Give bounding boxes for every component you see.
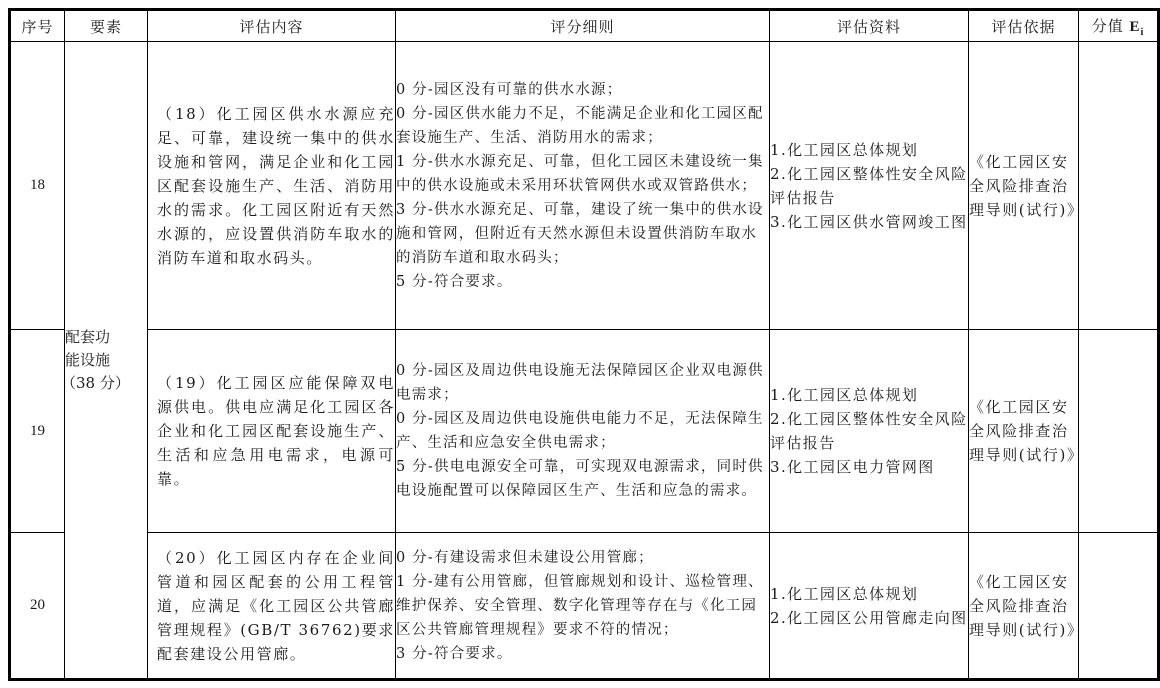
content-text: （20）化工园区内存在企业间管道和园区配套的公用工程管道，应满足《化工园区公共管… xyxy=(148,546,395,666)
row-basis: 《化工园区安全风险排查治理导则(试行)》 xyxy=(969,533,1079,680)
row-basis: 《化工园区安全风险排查治理导则(试行)》 xyxy=(969,330,1079,533)
material-item: 1.化工园区总体规划 xyxy=(770,383,968,407)
table-row: 19 （19）化工园区应能保障双电源供电。供电应满足化工园区各企业和化工园区配套… xyxy=(10,330,1159,533)
risk-assessment-table: 序号 要素 评估内容 评分细则 评估资料 评估依据 分值 Ei 18 配套功 能… xyxy=(8,8,1160,681)
row-rules: 0 分-园区及周边供电设施无法保障园区企业双电源供电需求； 0 分-园区及周边供… xyxy=(396,330,770,533)
rule-item: 5 分-符合要求。 xyxy=(396,270,769,294)
element-line: （38 分） xyxy=(61,372,147,395)
rule-item: 0 分-园区及周边供电设施供电能力不足，无法保障生产、生活和应急安全供电需求； xyxy=(396,407,769,455)
row-score xyxy=(1079,330,1159,533)
row-rules: 0 分-有建设需求但未建设公用管廊； 1 分-建有公用管廊，但管廊规划和设计、巡… xyxy=(396,533,770,680)
row-basis: 《化工园区安全风险排查治理导则(试行)》 xyxy=(969,42,1079,330)
row-materials: 1.化工园区总体规划 2.化工园区整体性安全风险评估报告 3.化工园区供水管网竣… xyxy=(770,42,969,330)
header-content: 评估内容 xyxy=(148,10,396,42)
header-score-prefix: 分值 xyxy=(1092,17,1130,35)
rule-item: 3 分-供水水源充足、可靠，建设了统一集中的供水设施和管网，但附近有天然水源但未… xyxy=(396,198,769,270)
header-score: 分值 Ei xyxy=(1079,10,1159,42)
rule-item: 0 分-园区及周边供电设施无法保障园区企业双电源供电需求； xyxy=(396,359,769,407)
rule-item: 0 分-园区没有可靠的供水水源； xyxy=(396,78,769,102)
material-item: 1.化工园区总体规划 xyxy=(770,138,968,162)
rule-item: 3 分-符合要求。 xyxy=(396,642,769,666)
header-seq: 序号 xyxy=(10,10,65,42)
material-item: 1.化工园区总体规划 xyxy=(770,582,968,606)
score-symbol-letter: E xyxy=(1129,19,1140,35)
row-seq: 18 xyxy=(10,42,65,330)
row-materials: 1.化工园区总体规划 2.化工园区公用管廊走向图 xyxy=(770,533,969,680)
header-rules: 评分细则 xyxy=(396,10,770,42)
row-content: （19）化工园区应能保障双电源供电。供电应满足化工园区各企业和化工园区配套设施生… xyxy=(148,330,396,533)
header-score-symbol: Ei xyxy=(1129,19,1144,35)
rule-item: 1 分-建有公用管廊，但管廊规划和设计、巡检管理、维护保养、安全管理、数字化管理… xyxy=(396,570,769,642)
table-row: 20 （20）化工园区内存在企业间管道和园区配套的公用工程管道，应满足《化工园区… xyxy=(10,533,1159,680)
header-materials: 评估资料 xyxy=(770,10,969,42)
content-text: （19）化工园区应能保障双电源供电。供电应满足化工园区各企业和化工园区配套设施生… xyxy=(148,371,395,491)
material-item: 3.化工园区供水管网竣工图 xyxy=(770,210,968,234)
table-row: 18 配套功 能设施 （38 分） （18）化工园区供水水源应充足、可靠，建设统… xyxy=(10,42,1159,330)
header-element: 要素 xyxy=(65,10,148,42)
row-content: （18）化工园区供水水源应充足、可靠，建设统一集中的供水设施和管网，满足企业和化… xyxy=(148,42,396,330)
material-item: 2.化工园区整体性安全风险评估报告 xyxy=(770,407,968,455)
row-score xyxy=(1079,42,1159,330)
element-line: 配套功 xyxy=(65,326,147,349)
material-item: 3.化工园区电力管网图 xyxy=(770,455,968,479)
rule-item: 0 分-园区供水能力不足，不能满足企业和化工园区配套设施生产、生活、消防用水的需… xyxy=(396,102,769,150)
row-materials: 1.化工园区总体规划 2.化工园区整体性安全风险评估报告 3.化工园区电力管网图 xyxy=(770,330,969,533)
row-score xyxy=(1079,533,1159,680)
rule-item: 0 分-有建设需求但未建设公用管廊； xyxy=(396,546,769,570)
header-basis: 评估依据 xyxy=(969,10,1079,42)
row-rules: 0 分-园区没有可靠的供水水源； 0 分-园区供水能力不足，不能满足企业和化工园… xyxy=(396,42,770,330)
rule-item: 5 分-供电电源安全可靠，可实现双电源需求，同时供电设施配置可以保障园区生产、生… xyxy=(396,455,769,503)
row-content: （20）化工园区内存在企业间管道和园区配套的公用工程管道，应满足《化工园区公共管… xyxy=(148,533,396,680)
material-item: 2.化工园区公用管廊走向图 xyxy=(770,606,968,630)
content-text: （18）化工园区供水水源应充足、可靠，建设统一集中的供水设施和管网，满足企业和化… xyxy=(148,102,395,270)
header-row: 序号 要素 评估内容 评分细则 评估资料 评估依据 分值 Ei xyxy=(10,10,1159,42)
score-symbol-subscript: i xyxy=(1141,27,1145,38)
material-item: 2.化工园区整体性安全风险评估报告 xyxy=(770,162,968,210)
rule-item: 1 分-供水水源充足、可靠，但化工园区未建设统一集中的供水设施或未采用环状管网供… xyxy=(396,150,769,198)
row-seq: 19 xyxy=(10,330,65,533)
element-line: 能设施 xyxy=(65,349,147,372)
element-group-cell: 配套功 能设施 （38 分） xyxy=(65,42,148,680)
row-seq: 20 xyxy=(10,533,65,680)
